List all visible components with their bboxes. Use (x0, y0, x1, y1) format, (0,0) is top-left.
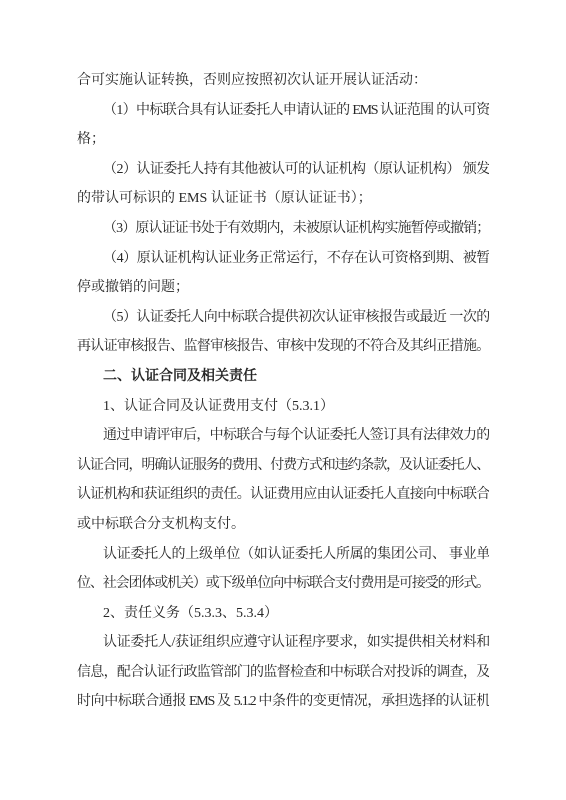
text-line: 信息，配合认证行政监管部门的监督检查和中标联合对投诉的调查，及 (77, 658, 489, 688)
text-line: 认证委托人/获证组织应遵守认证程序要求，如实提供相关材料和 (77, 628, 489, 658)
text-line: 时向中标联合通报 EMS 及 5.1.2 中条件的变更情况，承担选择的认证机 (77, 687, 489, 717)
text-line: （5）认证委托人向中标联合提供初次认证审核报告或最近 一次的 (77, 303, 489, 333)
text-line: 认证机构和获证组织的责任。认证费用应由认证委托人直接向中标联合 (77, 480, 489, 510)
text-line: （2）认证委托人持有其他被认可的认证机构（原认证机构） 颁发 (77, 155, 489, 185)
text-line: （1）中标联合具有认证委托人申请认证的 EMS 认证范围 的认可资 (77, 96, 489, 126)
text-line: 合可实施认证转换，否则应按照初次认证开展认证活动： (77, 66, 489, 96)
text-line: 通过申请评审后，中标联合与每个认证委托人签订具有法律效力的 (77, 421, 489, 451)
text-line: 位、社会团体或机关）或下级单位向中标联合支付费用是可接受的形式。 (77, 569, 489, 599)
text-line: 格； (77, 125, 489, 155)
text-line: 的带认可标识的 EMS 认证证书（原认证证书）； (77, 184, 489, 214)
text-line: 认证委托人的上级单位（如认证委托人所属的集团公司、 事业单 (77, 540, 489, 570)
text-line: 或中标联合分支机构支付。 (77, 510, 489, 540)
text-line: 再认证审核报告、监督审核报告、审核中发现的不符合及其纠正措施。 (77, 332, 489, 362)
text-line: 停或撤销的问题； (77, 273, 489, 303)
text-line: （3）原认证证书处于有效期内，未被原认证机构实施暂停或撤销； (77, 214, 489, 244)
text-block: 合可实施认证转换，否则应按照初次认证开展认证活动： （1）中标联合具有认证委托人… (77, 66, 489, 717)
document-page: 合可实施认证转换，否则应按照初次认证开展认证活动： （1）中标联合具有认证委托人… (0, 0, 566, 800)
subsection-heading: 2、责任义务（5.3.3、5.3.4） (77, 599, 489, 629)
text-line: （4）原认证机构认证业务正常运行，不存在认可资格到期、被暂 (77, 244, 489, 274)
text-line: 认证合同，明确认证服务的费用、付费方式和违约条款，及认证委托人、 (77, 451, 489, 481)
section-heading: 二、认证合同及相关责任 (77, 362, 489, 392)
subsection-heading: 1、认证合同及认证费用支付（5.3.1） (77, 392, 489, 422)
